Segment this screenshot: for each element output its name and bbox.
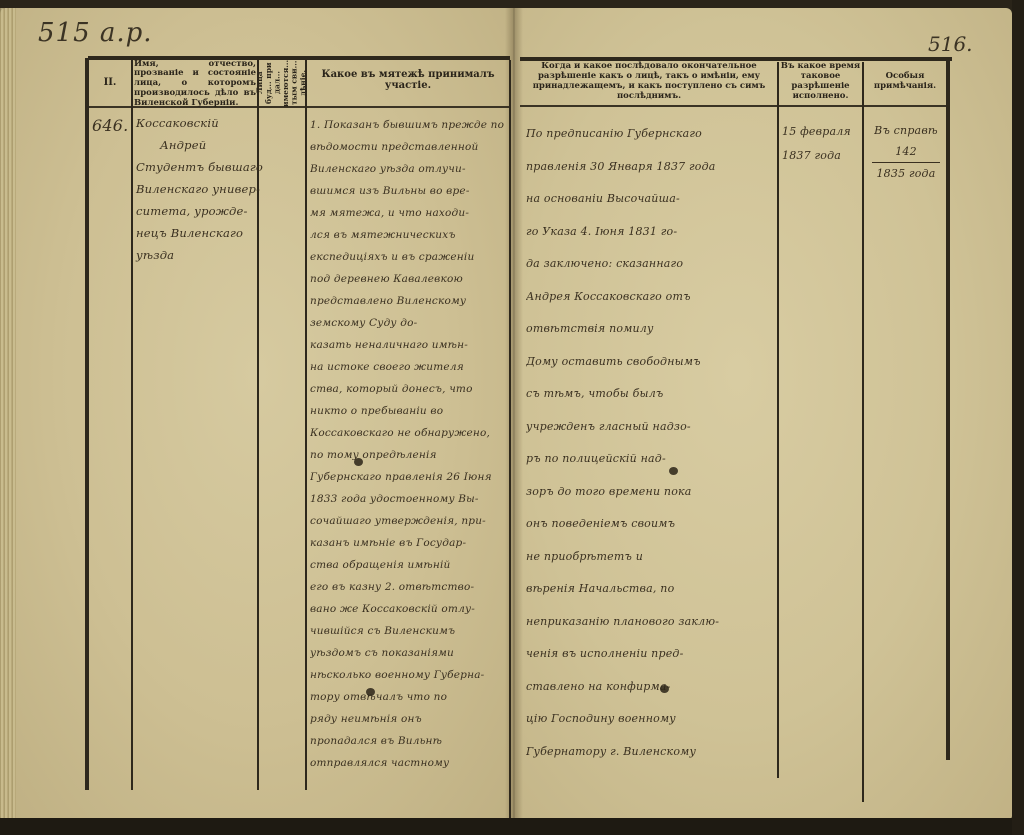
header-name: Имя, отчество, прозваніе и состояніе лиц… — [134, 62, 256, 106]
participation-line: казать неналичнаго имѣн- — [310, 334, 508, 356]
participation-line: нѣсколько военному Губерна- — [310, 664, 508, 686]
header-witnesses: Лица буд... при дал... имеются... тым св… — [259, 60, 305, 106]
entry-executed: 15 февраля 1837 года — [782, 120, 851, 168]
participation-line: Губернскаго правленія 26 Іюня — [310, 466, 508, 488]
ink-stain — [354, 458, 363, 466]
participation-line: експедиціяхъ и въ сраженіи — [310, 246, 508, 268]
name-line: Коссаковскій — [136, 112, 263, 134]
header-remarks: Особыя примѣчанія. — [865, 60, 945, 104]
resolution-line: ченія въ исполненіи пред- — [526, 638, 776, 671]
entry-number: 646. — [92, 116, 128, 135]
participation-line: лся въ мятежническихъ — [310, 224, 508, 246]
participation-line: сочайшаго утвержденія, при- — [310, 510, 508, 532]
name-line: ситета, урожде- — [136, 200, 263, 222]
participation-line: под деревнею Кавалевкою — [310, 268, 508, 290]
participation-line: 1833 года удостоенному Вы- — [310, 488, 508, 510]
participation-line: земскому Суду до- — [310, 312, 508, 334]
remarks-line: 142 — [872, 142, 940, 163]
resolution-line: онъ поведеніемъ своимъ — [526, 508, 776, 541]
resolution-line: съ тѣмъ, чтобы былъ — [526, 378, 776, 411]
col-rule-4 — [509, 60, 511, 818]
resolution-line: зоръ до того времени пока — [526, 476, 776, 509]
participation-line: ства обращенія имѣній — [310, 554, 508, 576]
ink-stain — [669, 467, 678, 475]
participation-line: вано же Коссаковскій отлу- — [310, 598, 508, 620]
entry-resolution: По предписанію Губернскаго правленія 30 … — [526, 118, 776, 768]
resolution-line: на основаніи Высочайша- — [526, 183, 776, 216]
ink-stain — [366, 688, 375, 696]
remarks-line: Въ справѣ — [866, 120, 946, 142]
executed-line: 15 февраля — [782, 120, 851, 144]
col-rule-6 — [862, 62, 864, 802]
participation-line: никто о пребываніи во — [310, 400, 508, 422]
name-line: Виленскаго универ- — [136, 178, 263, 200]
resolution-line: неприказанію планового заклю- — [526, 606, 776, 639]
folio-left: 515 а.р. — [38, 18, 153, 48]
participation-line: его въ казну 2. отвѣтство- — [310, 576, 508, 598]
participation-line: уѣздомъ съ показаніями — [310, 642, 508, 664]
resolution-line: ставлено на конфирма- — [526, 671, 776, 704]
name-line: нецъ Виленскаго — [136, 222, 263, 244]
resolution-line: ръ по полицейскій над- — [526, 443, 776, 476]
participation-line: вѣдомости представленной — [310, 136, 508, 158]
participation-line: казанъ имѣніе въ Государ- — [310, 532, 508, 554]
right-header-bottom-rule — [520, 105, 948, 107]
resolution-line: Андрея Коссаковскаго отъ — [526, 281, 776, 314]
bottom-shadow — [0, 818, 1024, 835]
ink-stain — [660, 685, 669, 693]
participation-line: ства, который донесъ, что — [310, 378, 508, 400]
header-resolution: Когда и какое послѣдовало окончательное … — [522, 60, 776, 104]
left-border-rule — [85, 58, 89, 790]
participation-line: представлено Виленскому — [310, 290, 508, 312]
name-line: Андрей — [136, 134, 263, 156]
name-line: Студентъ бывшаго — [136, 156, 263, 178]
participation-line: Виленскаго уѣзда отлучи- — [310, 158, 508, 180]
folio-right: 516. — [928, 32, 973, 56]
stacked-page-edges — [0, 8, 16, 820]
remarks-line: 1835 года — [866, 163, 946, 185]
ledger-spread: 515 а.р. 516. II. Имя, отчество, прозван… — [0, 0, 1024, 835]
participation-line: мя мятежа, и что находи- — [310, 202, 508, 224]
resolution-line: го Указа 4. Іюня 1831 го- — [526, 216, 776, 249]
resolution-line: отвѣтствія помилу — [526, 313, 776, 346]
executed-line: 1837 года — [782, 144, 851, 168]
participation-line: по тому опредѣленія — [310, 444, 508, 466]
col-rule-3 — [305, 60, 307, 790]
resolution-line: вѣренія Начальства, по — [526, 573, 776, 606]
right-edge-shadow — [1012, 0, 1024, 835]
right-border-rule — [946, 58, 950, 760]
resolution-line: Дому оставить свободнымъ — [526, 346, 776, 379]
resolution-line: цію Господину военному — [526, 703, 776, 736]
participation-line: ряду неимѣнія онъ — [310, 708, 508, 730]
participation-line: чившійся съ Виленскимъ — [310, 620, 508, 642]
resolution-line: не приобрѣтетъ и — [526, 541, 776, 574]
participation-line: пропадался въ Вильнѣ — [310, 730, 508, 752]
resolution-line: правленія 30 Января 1837 года — [526, 151, 776, 184]
header-participation: Какое въ мятежѣ принималъ участіе. — [308, 62, 508, 98]
col-rule-5 — [777, 62, 779, 778]
entry-participation: 1. Показанъ бывшимъ прежде по вѣдомости … — [310, 114, 508, 774]
resolution-line: Губернатору г. Виленскому — [526, 736, 776, 769]
participation-line: тору отвѣчалъ что по — [310, 686, 508, 708]
header-number: II. — [89, 62, 131, 104]
participation-line: отправлялся частному — [310, 752, 508, 774]
participation-line: на истоке своего жителя — [310, 356, 508, 378]
participation-line: вшимся изъ Вильны во вре- — [310, 180, 508, 202]
resolution-line: да заключено: сказаннаго — [526, 248, 776, 281]
entry-remarks: Въ справѣ 142 1835 года — [866, 120, 946, 185]
participation-line: 1. Показанъ бывшимъ прежде по — [310, 114, 508, 136]
resolution-line: По предписанію Губернскаго — [526, 118, 776, 151]
resolution-line: учрежденъ гласный надзо- — [526, 411, 776, 444]
participation-line: Коссаковскаго не обнаружено, — [310, 422, 508, 444]
name-line: уѣзда — [136, 244, 263, 266]
header-executed: Въ какое время таковое разрѣшеніе исполн… — [780, 60, 861, 104]
col-rule-1 — [131, 60, 133, 790]
entry-name: Коссаковскій Андрей Студентъ бывшаго Вил… — [136, 112, 263, 266]
